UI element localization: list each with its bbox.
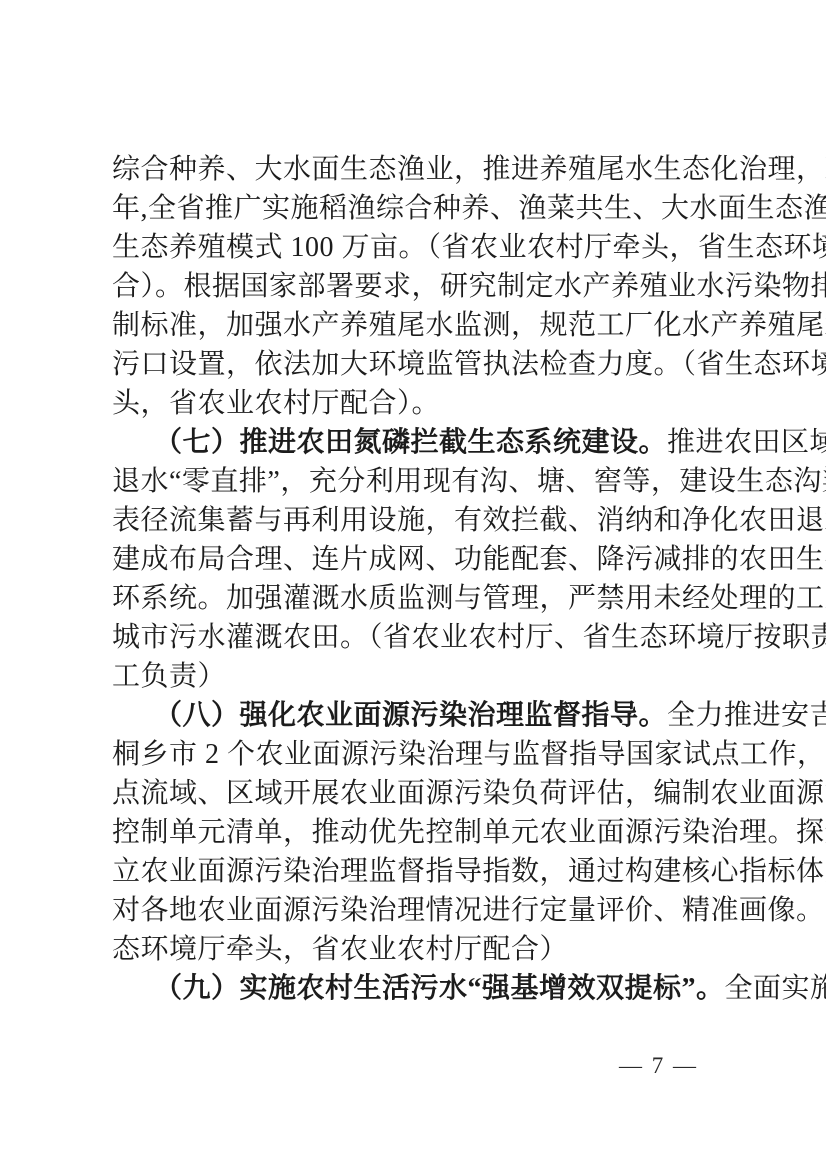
body-text: 建成布局合理、连片成网、功能配套、降污减排的农田生态循 — [112, 544, 826, 575]
text-line: 退水“零直排”，充分利用现有沟、塘、窖等，建设生态沟渠、地 — [112, 462, 718, 501]
page-number: — 7 — — [619, 1053, 698, 1079]
body-text: 合）。根据国家部署要求，研究制定水产养殖业水污染物排放控 — [112, 271, 826, 302]
text-line: （九）实施农村生活污水“强基增效双提标”。全面实施农村 — [112, 969, 718, 1008]
body-text: 工负责） — [112, 661, 226, 692]
text-line: 污口设置，依法加大环境监管执法检查力度。（省生态环境厅牵 — [112, 345, 718, 384]
body-text: 全力推进安吉县、 — [667, 700, 826, 731]
text-line: 环系统。加强灌溉水质监测与管理，严禁用未经处理的工业和 — [112, 579, 718, 618]
text-line: 表径流集蓄与再利用设施，有效拦截、消纳和净化农田退水， — [112, 501, 718, 540]
body-text: 立农业面源污染治理监督指导指数，通过构建核心指标体系， — [112, 856, 826, 887]
body-text: 生态养殖模式 100 万亩。（省农业农村厅牵头，省生态环境厅配 — [112, 232, 826, 263]
text-line: 态环境厅牵头，省农业农村厅配合） — [112, 930, 718, 969]
body-text: 态环境厅牵头，省农业农村厅配合） — [112, 934, 568, 965]
text-line: 对各地农业面源污染治理情况进行定量评价、精准画像。（省生 — [112, 891, 718, 930]
text-line: 年,全省推广实施稻渔综合种养、渔菜共生、大水面生态渔业等 — [112, 189, 718, 228]
body-text: 环系统。加强灌溉水质监测与管理，严禁用未经处理的工业和 — [112, 583, 826, 614]
body-text: 退水“零直排”，充分利用现有沟、塘、窖等，建设生态沟渠、地 — [112, 466, 826, 497]
body-text: 点流域、区域开展农业面源污染负荷评估，编制农业面源污染 — [112, 778, 826, 809]
item-heading-text: （九）实施农村生活污水“强基增效双提标”。 — [154, 973, 725, 1004]
text-line: 生态养殖模式 100 万亩。（省农业农村厅牵头，省生态环境厅配 — [112, 228, 718, 267]
body-text: 桐乡市 2 个农业面源污染治理与监督指导国家试点工作，在重 — [112, 739, 826, 770]
body-text: 对各地农业面源污染治理情况进行定量评价、精准画像。（省生 — [112, 895, 826, 926]
text-line: （七）推进农田氮磷拦截生态系统建设。推进农田区域性 — [112, 423, 718, 462]
text-line: （八）强化农业面源污染治理监督指导。全力推进安吉县、 — [112, 696, 718, 735]
body-text: 污口设置，依法加大环境监管执法检查力度。（省生态环境厅牵 — [112, 349, 826, 380]
text-line: 合）。根据国家部署要求，研究制定水产养殖业水污染物排放控 — [112, 267, 718, 306]
text-line: 建成布局合理、连片成网、功能配套、降污减排的农田生态循 — [112, 540, 718, 579]
body-text: 城市污水灌溉农田。（省农业农村厅、省生态环境厅按职责分 — [112, 622, 826, 653]
text-line: 头，省农业农村厅配合）。 — [112, 384, 718, 423]
text-line: 立农业面源污染治理监督指导指数，通过构建核心指标体系， — [112, 852, 718, 891]
body-text: 控制单元清单，推动优先控制单元农业面源污染治理。探索建 — [112, 817, 826, 848]
document-body: 综合种养、大水面生态渔业，推进养殖尾水生态化治理，到 2025年,全省推广实施稻… — [112, 150, 718, 1008]
text-line: 制标准，加强水产养殖尾水监测，规范工厂化水产养殖尾水排 — [112, 306, 718, 345]
text-line: 点流域、区域开展农业面源污染负荷评估，编制农业面源污染 — [112, 774, 718, 813]
body-text: 表径流集蓄与再利用设施，有效拦截、消纳和净化农田退水， — [112, 505, 826, 536]
body-text: 全面实施农村 — [725, 973, 826, 1004]
text-line: 综合种养、大水面生态渔业，推进养殖尾水生态化治理，到 2025 — [112, 150, 718, 189]
text-line: 城市污水灌溉农田。（省农业农村厅、省生态环境厅按职责分 — [112, 618, 718, 657]
body-text: 年,全省推广实施稻渔综合种养、渔菜共生、大水面生态渔业等 — [112, 193, 826, 224]
text-line: 控制单元清单，推动优先控制单元农业面源污染治理。探索建 — [112, 813, 718, 852]
item-heading-text: （八）强化农业面源污染治理监督指导。 — [154, 700, 667, 731]
body-text: 推进农田区域性 — [667, 427, 826, 458]
body-text: 综合种养、大水面生态渔业，推进养殖尾水生态化治理，到 2025 — [112, 154, 826, 185]
body-text: 头，省农业农村厅配合）。 — [112, 388, 440, 419]
body-text: 制标准，加强水产养殖尾水监测，规范工厂化水产养殖尾水排 — [112, 310, 826, 341]
document-page: 综合种养、大水面生态渔业，推进养殖尾水生态化治理，到 2025年,全省推广实施稻… — [0, 0, 826, 1169]
text-line: 桐乡市 2 个农业面源污染治理与监督指导国家试点工作，在重 — [112, 735, 718, 774]
text-line: 工负责） — [112, 657, 718, 696]
item-heading-text: （七）推进农田氮磷拦截生态系统建设。 — [154, 427, 667, 458]
